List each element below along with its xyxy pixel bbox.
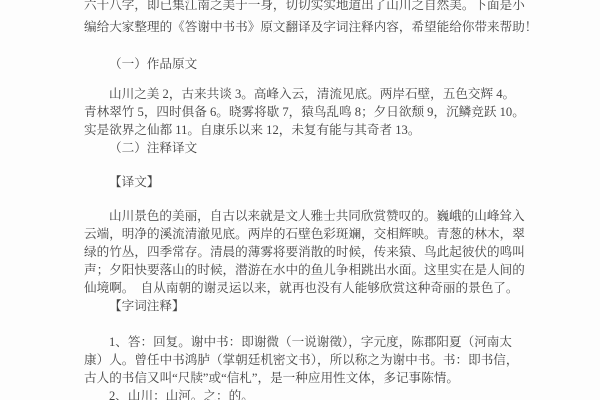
section-1-heading: （一）作品原文 — [84, 55, 549, 73]
translation-label: 【译文】 — [84, 173, 549, 191]
original-text-paragraph: 山川之美 2，古来共谈 3。高峰入云，清流见底。两岸石壁，五色交辉 4。青林翠竹… — [84, 85, 524, 139]
text-line: 绿的竹丛，四季常存。清晨的薄雾将要消散的时候，传来猿、鸟此起彼伏的鸣叫 — [84, 243, 524, 261]
text-line: 云端，明净的溪流清澈见底。两岸的石壁色彩斑斓，交相辉映。青葱的林木，翠 — [84, 225, 524, 243]
text-line: 古人的书信又叫“尺牍”或“信札”，是一种应用性文体，多记事陈情。 — [84, 369, 524, 387]
text-line: 山川之美 2，古来共谈 3。高峰入云，清流见底。两岸石壁，五色交辉 4。 — [84, 85, 524, 103]
document-page: 六十八字，即已集江南之美于一身，切切实实地道出了山川之自然美。下面是小编给大家整… — [0, 0, 600, 400]
note-1-paragraph: 1、答：回复。谢中书：即谢微（一说谢徵），字元度，陈郡阳夏（河南太康）人。曾任中… — [84, 333, 524, 387]
text-line: 青林翠竹 5，四时俱备 6。晓雾将歇 7，猿鸟乱鸣 8；夕日欲颓 9，沉鳞竞跃 … — [84, 103, 524, 121]
text-line: 仙境啊。 自从南朝的谢灵运以来，就再也没有人能够欣赏这种奇丽的景色了。 — [84, 279, 524, 297]
notes-label: 【字词注释】 — [84, 297, 549, 315]
text-line: 六十八字，即已集江南之美于一身，切切实实地道出了山川之自然美。下面是小 — [84, 0, 524, 16]
text-line: 康）人。曾任中书鸿胪（掌朝廷机密文书），所以称之为谢中书。书：即书信， — [84, 351, 524, 369]
intro-paragraph: 六十八字，即已集江南之美于一身，切切实实地道出了山川之自然美。下面是小编给大家整… — [84, 0, 524, 38]
translation-paragraph: 山川景色的美丽，自古以来就是文人雅士共同欣赏赞叹的。巍峨的山峰耸入云端，明净的溪… — [84, 207, 524, 297]
text-line: 编给大家整理的《答谢中书书》原文翻译及字词注释内容，希望能给你带来帮助！ — [84, 16, 524, 38]
text-line: 山川景色的美丽，自古以来就是文人雅士共同欣赏赞叹的。巍峨的山峰耸入 — [84, 207, 524, 225]
section-2-heading: （二）注释译文 — [84, 139, 549, 157]
text-line: 声；夕阳快要落山的时候，潜游在水中的鱼儿争相跳出水面。这里实在是人间的 — [84, 261, 524, 279]
text-line: 实是欲界之仙都 11。自康乐以来 12，未复有能与其奇者 13。 — [84, 121, 524, 139]
note-2-paragraph: 2、山川：山河。之：的。 — [84, 387, 524, 400]
text-line: 2、山川：山河。之：的。 — [84, 387, 524, 400]
text-line: 1、答：回复。谢中书：即谢微（一说谢徵），字元度，陈郡阳夏（河南太 — [84, 333, 524, 351]
